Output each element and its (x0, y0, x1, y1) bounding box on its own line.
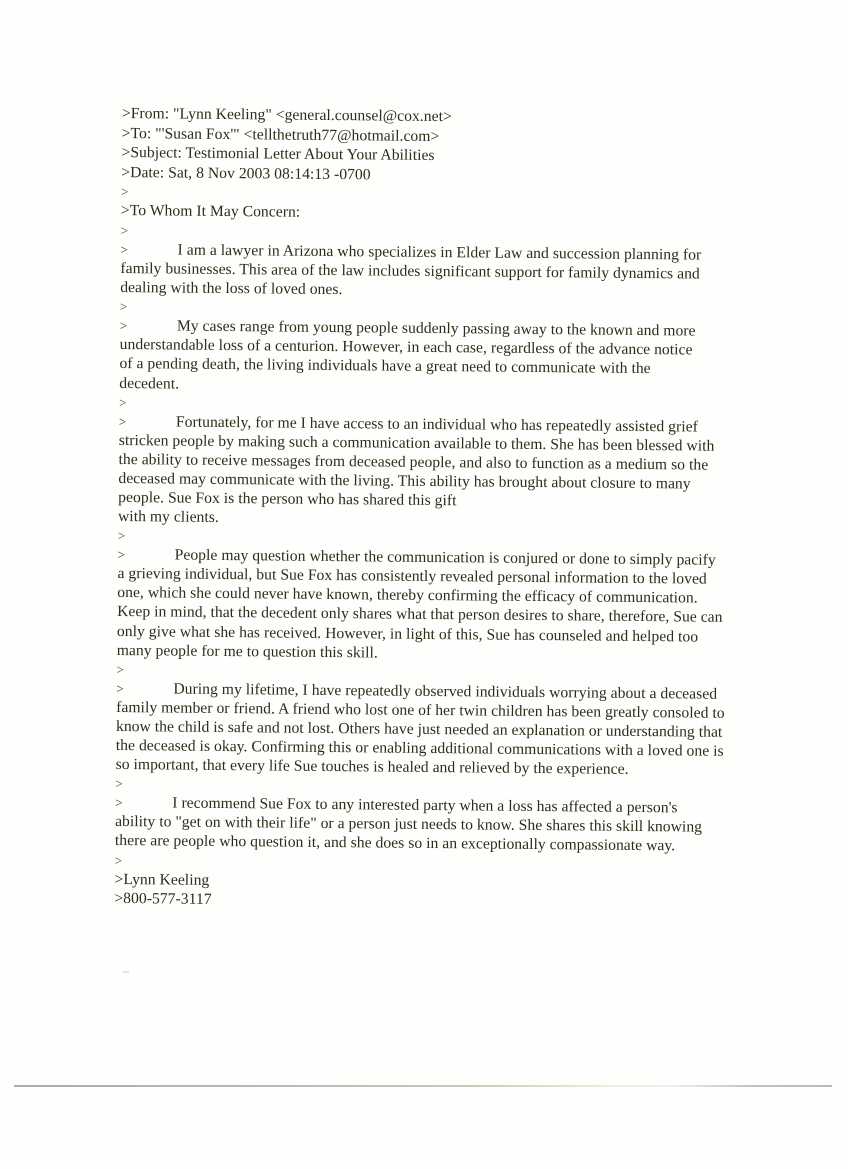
paragraph-5: >During my lifetime, I have repeatedly o… (116, 679, 729, 780)
quote-marker: > (116, 679, 173, 699)
quote-marker: > (119, 412, 176, 432)
paragraph-text: I am a lawyer in Arizona who specializes… (120, 242, 701, 299)
email-headers: >From: "Lynn Keeling" <general.counsel@c… (121, 104, 732, 188)
paragraph-text: Fortunately, for me I have access to an … (118, 413, 714, 509)
scan-edge-line (14, 1085, 832, 1087)
paragraph-text-tail: with my clients. (118, 508, 219, 526)
paragraph-text: During my lifetime, I have repeatedly ob… (116, 680, 725, 778)
paragraph-2: >My cases range from young people sudden… (119, 316, 705, 398)
scan-speck (123, 971, 129, 973)
email-letter: >From: "Lynn Keeling" <general.counsel@c… (114, 104, 732, 914)
paragraph-6: >I recommend Sue Fox to any interested p… (115, 793, 718, 856)
paragraph-1: >I am a lawyer in Arizona who specialize… (120, 240, 723, 303)
quote-marker: > (120, 316, 177, 336)
quote-marker: > (121, 240, 178, 260)
paragraph-4: >People may question whether the communi… (117, 545, 726, 665)
paragraph-text: I recommend Sue Fox to any interested pa… (115, 795, 702, 855)
paragraph-text: People may question whether the communic… (117, 547, 723, 661)
quote-marker: > (118, 545, 175, 565)
paragraph-3: >Fortunately, for me I have access to an… (118, 412, 731, 532)
quote-marker: > (115, 793, 172, 813)
paragraph-text: My cases range from young people suddenl… (119, 318, 695, 392)
scanned-letter-page: >From: "Lynn Keeling" <general.counsel@c… (0, 0, 848, 1169)
